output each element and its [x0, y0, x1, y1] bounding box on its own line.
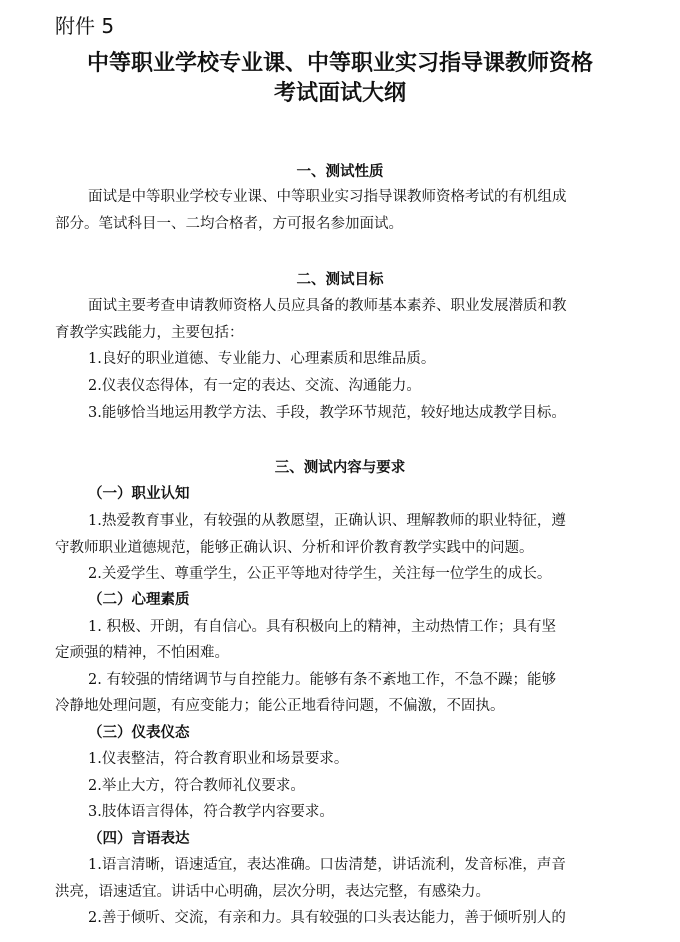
paragraph-line: 定顽强的精神，不怕困难。: [55, 641, 615, 662]
list-item: 3.能够恰当地运用教学方法、手段，教学环节规范，较好地达成教学目标。: [88, 401, 648, 422]
list-item: 2.仪表仪态得体，有一定的表达、交流、沟通能力。: [88, 374, 648, 395]
paragraph-line: 面试主要考查申请教师资格人员应具备的教师基本素养、职业发展潜质和教: [88, 294, 648, 315]
paragraph-line: 部分。笔试科目一、二均合格者，方可报名参加面试。: [55, 212, 615, 233]
paragraph-line: 面试是中等职业学校专业课、中等职业实习指导课教师资格考试的有机组成: [88, 185, 648, 206]
section-heading-3: 三、测试内容与要求: [40, 456, 640, 477]
paragraph-line: 1.热爱教育事业，有较强的从教愿望，正确认识、理解教师的职业特征，遵: [88, 509, 648, 530]
subsection-heading-1: （一）职业认知: [88, 482, 190, 503]
paragraph-line: 1.语言清晰，语速适宜，表达准确。口齿清楚，讲话流利，发音标准，声音: [88, 853, 648, 874]
subsection-heading-2: （二）心理素质: [88, 588, 190, 609]
section-heading-1: 一、测试性质: [40, 160, 640, 181]
list-item: 1.仪表整洁，符合教育职业和场景要求。: [88, 747, 648, 768]
paragraph-line: 2.关爱学生、尊重学生，公正平等地对待学生，关注每一位学生的成长。: [88, 562, 648, 583]
list-item: 1.良好的职业道德、专业能力、心理素质和思维品质。: [88, 347, 648, 368]
paragraph-line: 洪亮，语速适宜。讲话中心明确，层次分明，表达完整，有感染力。: [55, 880, 615, 901]
list-item: 2.举止大方，符合教师礼仪要求。: [88, 774, 648, 795]
attachment-label: 附件 5: [55, 10, 114, 39]
document-title-line2: 考试面试大纲: [40, 76, 640, 107]
paragraph-line: 1. 积极、开朗，有自信心。具有积极向上的精神，主动热情工作；具有坚: [88, 615, 648, 636]
paragraph-line: 冷静地处理问题，有应变能力；能公正地看待问题，不偏激，不固执。: [55, 694, 615, 715]
section-heading-2: 二、测试目标: [40, 268, 640, 289]
paragraph-line: 2. 有较强的情绪调节与自控能力。能够有条不紊地工作，不急不躁；能够: [88, 668, 648, 689]
paragraph-line: 守教师职业道德规范，能够正确认识、分析和评价教育教学实践中的问题。: [55, 536, 615, 557]
document-title-line1: 中等职业学校专业课、中等职业实习指导课教师资格: [40, 46, 640, 77]
subsection-heading-3: （三）仪表仪态: [88, 721, 190, 742]
document-page: 附件 5 中等职业学校专业课、中等职业实习指导课教师资格 考试面试大纲 一、测试…: [0, 0, 680, 942]
subsection-heading-4: （四）言语表达: [88, 827, 190, 848]
paragraph-line: 2.善于倾听、交流，有亲和力。具有较强的口头表达能力，善于倾听别人的: [88, 906, 648, 927]
list-item: 3.肢体语言得体，符合教学内容要求。: [88, 800, 648, 821]
paragraph-line: 育教学实践能力，主要包括：: [55, 321, 615, 342]
